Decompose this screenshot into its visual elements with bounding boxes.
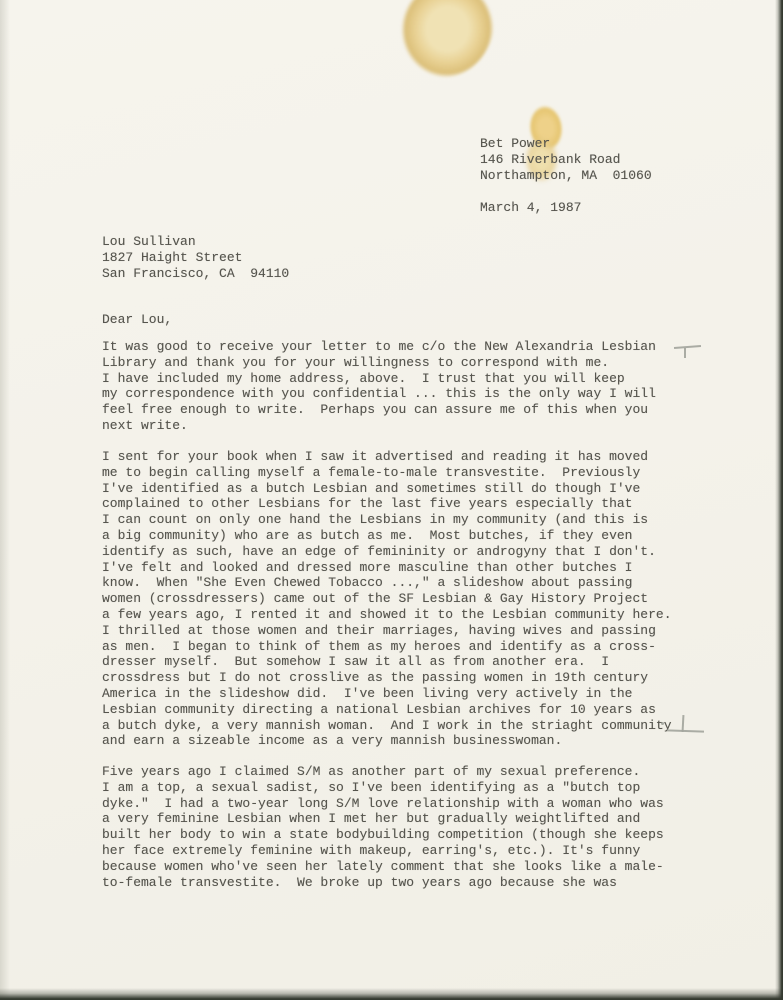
scan-edge-bottom [0, 988, 783, 1000]
pencil-t-mark-icon [674, 345, 701, 349]
paragraph-3: Five years ago I claimed S/M as another … [102, 764, 664, 890]
scanned-letter-page: Bet Power 146 Riverbank Road Northampton… [0, 0, 783, 1000]
paragraph-1: It was good to receive your letter to me… [102, 339, 656, 434]
pencil-inverted-t-mark-icon [667, 729, 704, 732]
recipient-address-block: Lou Sullivan 1827 Haight Street San Fran… [102, 234, 289, 281]
sender-city: Northampton, MA 01060 [480, 168, 652, 183]
scan-edge-left [0, 0, 10, 1000]
pencil-t-mark-stem-icon [684, 348, 686, 358]
paragraph-2: I sent for your book when I saw it adver… [102, 449, 672, 749]
recipient-city: San Francisco, CA 94110 [102, 266, 289, 281]
scan-edge-right [775, 0, 783, 1000]
recipient-street: 1827 Haight Street [102, 250, 242, 265]
salutation: Dear Lou, [102, 312, 172, 328]
sender-name: Bet Power [480, 136, 550, 151]
sender-address-block: Bet Power 146 Riverbank Road Northampton… [480, 136, 652, 183]
sender-street: 146 Riverbank Road [480, 152, 620, 167]
pencil-dot-icon [661, 722, 664, 725]
recipient-name: Lou Sullivan [102, 234, 196, 249]
coffee-stain-large-icon [395, 0, 499, 83]
letter-date: March 4, 1987 [480, 200, 581, 216]
